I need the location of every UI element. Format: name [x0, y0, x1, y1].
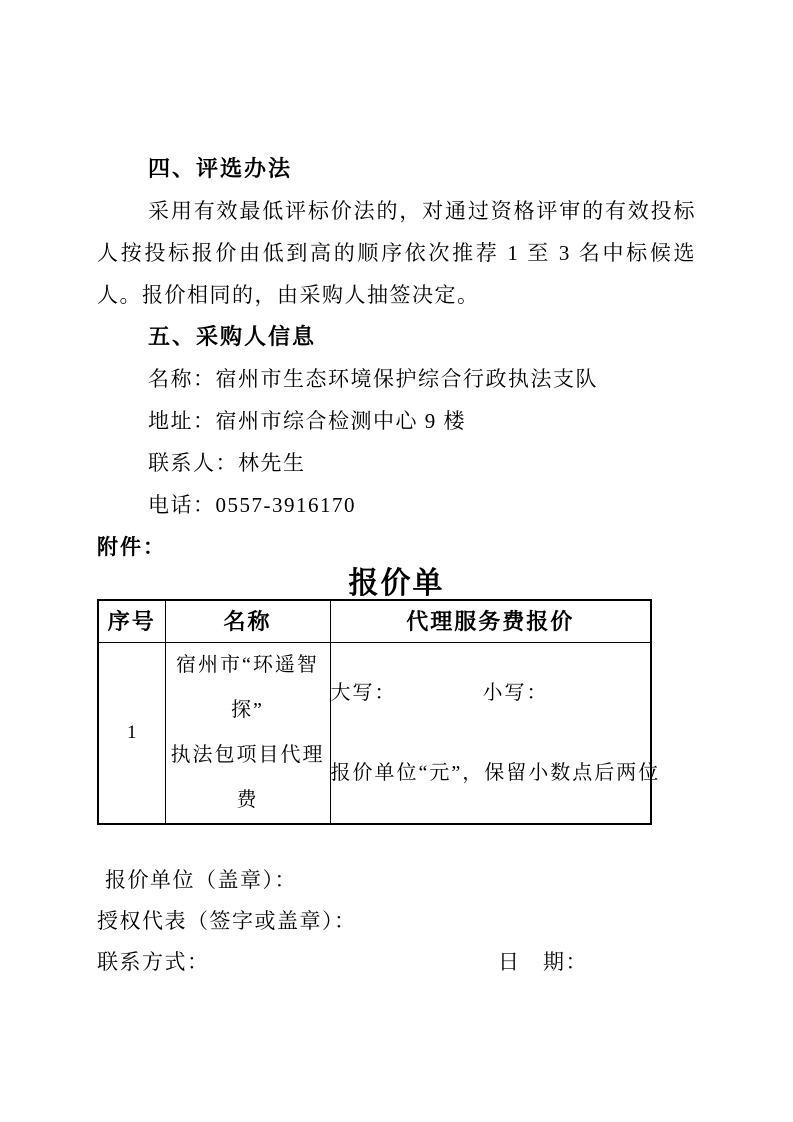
quote-unit-note: 报价单位“元”，保留小数点后两位: [331, 761, 651, 785]
company-seal-line: 报价单位（盖章）：: [97, 860, 696, 901]
section5-heading: 五、采购人信息: [97, 316, 696, 358]
contact-date-line: 联系方式： 日 期：: [97, 942, 696, 983]
uppercase-amount-label: 大写：: [331, 682, 397, 704]
header-agency-fee-quote: 代理服务费报价: [330, 600, 651, 643]
cell-item-name: 宿州市“环遥智探” 执法包项目代理费: [165, 643, 330, 825]
header-item-name: 名称: [165, 600, 330, 643]
document-page: 四、评选办法 采用有效最低评标价法的，对通过资格评审的有效投标人按投标报价由低到…: [0, 0, 793, 1122]
quote-amount-line: 大写： 小写：: [331, 681, 651, 705]
signature-block: 报价单位（盖章）： 授权代表（签字或盖章）： 联系方式： 日 期：: [97, 860, 696, 983]
attachment-label: 附件：: [97, 526, 696, 568]
purchaser-address-line: 地址：宿州市综合检测中心 9 楼: [97, 400, 696, 442]
item-name-line2: 执法包项目代理费: [166, 733, 330, 823]
authorized-rep-line: 授权代表（签字或盖章）：: [97, 901, 696, 942]
lowercase-amount-label: 小写：: [483, 682, 549, 704]
quotation-title: 报价单: [97, 568, 696, 599]
purchaser-contact-line: 联系人：林先生: [97, 442, 696, 484]
quotation-table: 序号 名称 代理服务费报价 1 宿州市“环遥智探” 执法包项目代理费 大写： 小…: [97, 599, 652, 825]
item-name-line1: 宿州市“环遥智探”: [166, 643, 330, 733]
purchaser-phone-line: 电话：0557-3916170: [97, 484, 696, 526]
section4-heading: 四、评选办法: [97, 148, 696, 190]
purchaser-name-line: 名称：宿州市生态环境保护综合行政执法支队: [97, 358, 696, 400]
contact-label: 联系方式：: [97, 950, 210, 974]
section4-paragraph: 采用有效最低评标价法的，对通过资格评审的有效投标人按投标报价由低到高的顺序依次推…: [97, 190, 696, 316]
header-serial-number: 序号: [98, 600, 165, 643]
quotation-table-header-row: 序号 名称 代理服务费报价: [98, 600, 651, 643]
date-label: 日 期：: [498, 942, 588, 983]
quotation-table-row: 1 宿州市“环遥智探” 执法包项目代理费 大写： 小写： 报价单位“元”，保留小…: [98, 643, 651, 825]
cell-serial-number: 1: [98, 643, 165, 825]
cell-quote: 大写： 小写： 报价单位“元”，保留小数点后两位: [330, 643, 651, 825]
